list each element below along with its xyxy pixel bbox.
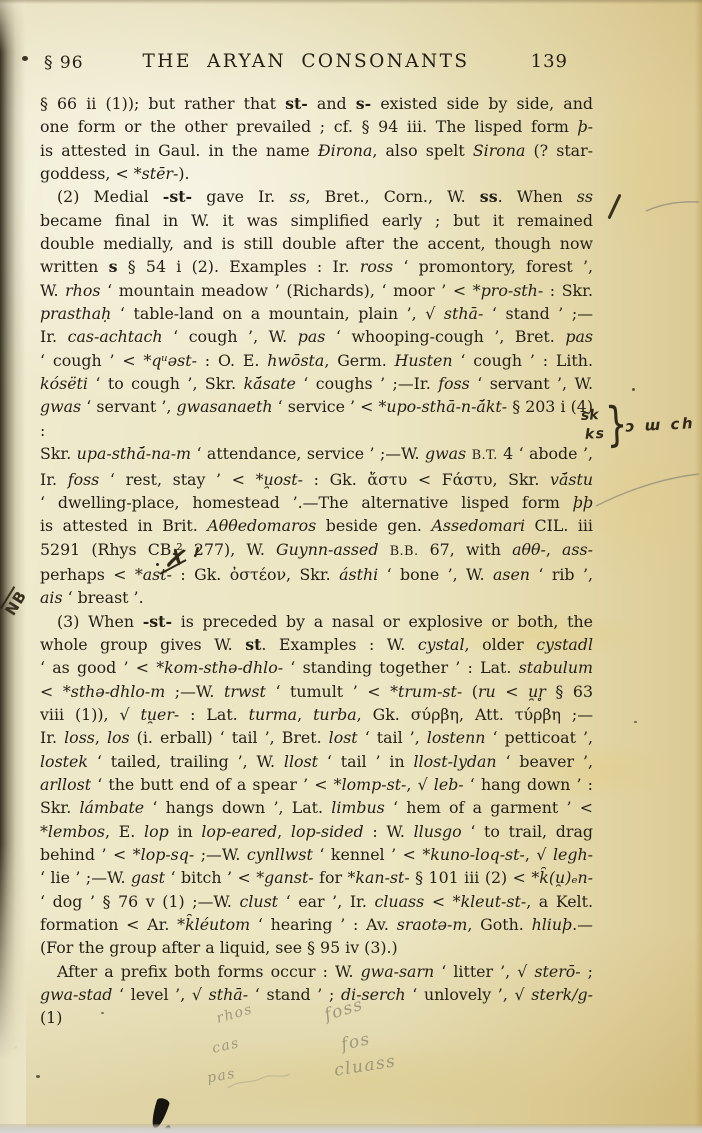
text-line: *lembos, E. lop in lop-eared, lop-sided … (40, 820, 593, 843)
page-number: 139 (531, 51, 568, 72)
ink-note-sk: sk (581, 407, 599, 424)
text-line: whole group gives W. st. Examples : W. c… (40, 633, 593, 656)
text-line: After a prefix both forms occur : W. gwa… (40, 960, 593, 983)
text-line: behind ’ < *lop-sq- ;—W. cynllwst ‘ kenn… (40, 843, 593, 866)
text-line: (2) Medial -st- gave Ir. ss, Bret., Corn… (40, 185, 593, 208)
text-line: is attested in Gaul. in the name Đirona,… (40, 139, 593, 162)
text-line: gwas ‘ servant ’, gwasanaeth ‘ service ’… (40, 395, 593, 442)
text-line: double medially, and is still double aft… (40, 232, 593, 255)
ink-speck (634, 721, 637, 723)
ink-speck (632, 388, 635, 391)
text-line: perhaps < *ast- : Gk. ὀστέον, Skr. ásthi… (40, 563, 593, 586)
text-line: (3) When -st- is preceded by a nasal or … (40, 610, 593, 633)
x-annotation: ✗ ! (156, 544, 208, 586)
ink-speck (36, 1075, 40, 1078)
binding-edge-fade (0, 0, 26, 52)
margin-ink-note: sk ks } ɔ ɯ ch (576, 401, 701, 469)
text-line: ais ‘ breast ’. (40, 586, 593, 609)
book-page: § 96 THE ARYAN CONSONANTS 139 § 66 ii (1… (0, 0, 702, 1133)
text-line: Skr. upa-sthā́-na-m ‘ attendance, servic… (40, 442, 593, 467)
text-line: ‘ lie ’ ;—W. gast ‘ bitch ’ < *ganst- fo… (40, 866, 593, 889)
page-header: § 96 THE ARYAN CONSONANTS 139 (42, 50, 570, 78)
text-line: arllost ‘ the butt end of a spear ’ < *l… (40, 773, 593, 796)
x-bang: ! (191, 544, 202, 561)
text-line: W. rhos ‘ mountain meadow ’ (Richards), … (40, 279, 593, 302)
text-line: formation < Ar. *k̑léutom ‘ hearing ’ : … (40, 913, 593, 936)
text-line: ‘ cough ’ < *qᵘəst- : O. E. hwōsta, Germ… (40, 349, 593, 372)
text-line: ‘ as good ’ < *kom-sthə-dhlo- ‘ standing… (40, 656, 593, 679)
text-line: 5291 (Rhys CB.² 277), W. Guynn-assed B.B… (40, 538, 593, 563)
text-line: is attested in Brit. Aθθedomaros beside … (40, 514, 593, 537)
binding-edge-fade (0, 843, 26, 1133)
text-line: became final in W. it was simplified ear… (40, 209, 593, 232)
text-line: prasthaḥ ‘ table-land on a mountain, pla… (40, 302, 593, 325)
ink-speck (101, 1012, 104, 1014)
text-line: lostek ‘ tailed, trailing ’, W. llost ‘ … (40, 750, 593, 773)
text-line: one form or the other prevailed ; cf. § … (40, 115, 593, 138)
text-line: viii (1)), √ tu̯er- : Lat. turma, turba,… (40, 703, 593, 726)
text-line: § 66 ii (1)); but rather that st- and s-… (40, 92, 593, 115)
text-line: goddess, < *stēr-). (40, 162, 593, 185)
text-line: Ir. cas-achtach ‘ cough ’, W. pas ‘ whoo… (40, 325, 593, 348)
text-line: ‘ dwelling-place, homestead ’.—The alter… (40, 491, 593, 514)
page-edge-bottom (0, 1124, 702, 1133)
text-line: written s § 54 i (2). Examples : Ir. ros… (40, 255, 593, 278)
ink-note-result: ɔ ɯ ch (625, 414, 695, 436)
page-edge-right (695, 0, 702, 1133)
ink-note-ks: ks (584, 426, 605, 443)
text-line: Skr. lámbate ‘ hangs down ’, Lat. limbus… (40, 796, 593, 819)
text-line: Ir. foss ‘ rest, stay ’ < *u̯ost- : Gk. … (40, 468, 593, 491)
paper-stain (595, 55, 700, 265)
page-edge-top (0, 0, 702, 4)
body-text: § 66 ii (1)); but rather that st- and s-… (40, 92, 593, 1030)
text-line: (For the group after a liquid, see § 95 … (40, 936, 593, 959)
text-line: gwa-stad ‘ level ’, √ sthā- ‘ stand ’ ; … (40, 983, 593, 1030)
x-dot (156, 563, 159, 566)
text-line: Ir. loss, los (i. erball) ‘ tail ’, Bret… (40, 726, 593, 749)
running-title: THE ARYAN CONSONANTS (42, 51, 570, 72)
text-line: kósëti ‘ to cough ’, Skr. kā́sate ‘ coug… (40, 372, 593, 395)
text-line: < *sthə-dhlo-m ;—W. trwst ‘ tumult ’ < *… (40, 680, 593, 703)
text-line: ‘ dog ’ § 76 v (1) ;—W. clust ‘ ear ’, I… (40, 890, 593, 913)
